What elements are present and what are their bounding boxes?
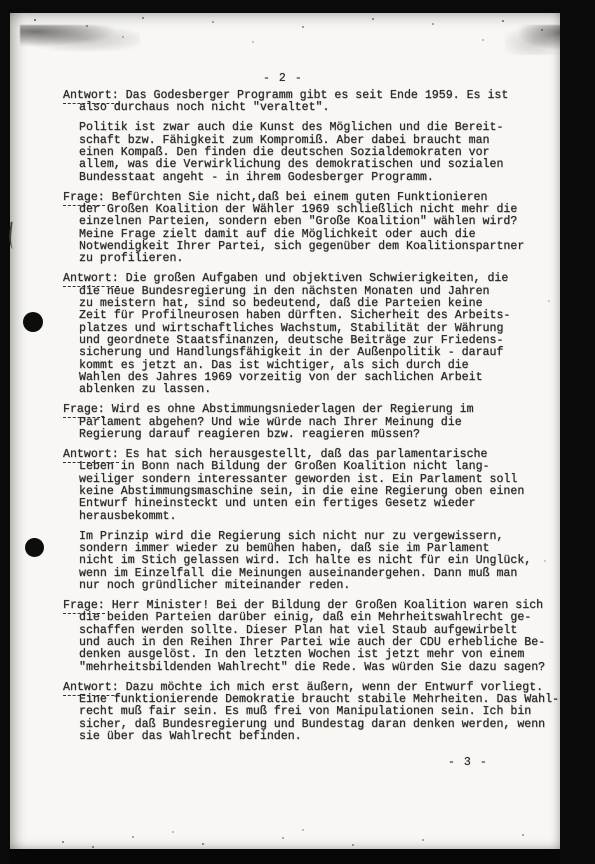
qa-section: Frage:Befürchten Sie nicht,daß bei einem…	[63, 192, 563, 266]
scanned-document-page: - 2 - Antwort:Das Godesberger Programm g…	[0, 0, 595, 864]
scan-border-top	[0, 0, 595, 13]
page-number-bottom: - 3 -	[448, 757, 488, 769]
scan-noise-top-left	[20, 25, 140, 51]
qa-section: Frage:Wird es ohne Abstimmungsniederlage…	[63, 404, 563, 441]
paragraph-text: Dazu möchte ich mich erst äußern, wenn d…	[79, 681, 559, 743]
paragraph-text: Befürchten Sie nicht,daß bei einem guten…	[79, 191, 524, 266]
qa-paragraph: Antwort:Die großen Aufgaben und objektiv…	[63, 273, 563, 396]
scan-border-bottom	[0, 849, 595, 864]
page-number-top: - 2 -	[263, 73, 303, 85]
qa-paragraph: Frage:Wird es ohne Abstimmungsniederlage…	[63, 404, 563, 441]
qa-paragraph-continued: Politik ist zwar auch die Kunst des Mögl…	[63, 122, 563, 184]
qa-section: Antwort:Es hat sich herausgestellt, daß …	[63, 449, 563, 592]
punch-hole	[23, 312, 43, 332]
paragraph-text: Im Prinzip wird die Regierung sich nicht…	[79, 530, 531, 592]
paragraph-text: Herr Minister! Bei der Bildung der Große…	[79, 599, 545, 674]
scan-border-right	[560, 0, 595, 864]
qa-paragraph: Antwort:Das Godesberger Programm gibt es…	[63, 90, 563, 115]
paragraph-text: Wird es ohne Abstimmungsniederlagen der …	[79, 403, 474, 441]
qa-paragraph: Frage:Befürchten Sie nicht,daß bei einem…	[63, 192, 563, 266]
qa-paragraph: Frage:Herr Minister! Bei der Bildung der…	[63, 600, 563, 674]
qa-paragraph: Antwort:Es hat sich herausgestellt, daß …	[63, 449, 563, 523]
qa-paragraph-continued: Im Prinzip wird die Regierung sich nicht…	[63, 531, 563, 593]
paragraph-text: Es hat sich herausgestellt, daß das parl…	[79, 448, 524, 523]
paragraph-text: Die großen Aufgaben und objektiven Schwi…	[79, 272, 510, 396]
document-sections: Antwort:Das Godesberger Programm gibt es…	[63, 90, 563, 751]
paragraph-text: Politik ist zwar auch die Kunst des Mögl…	[79, 121, 503, 183]
punch-hole	[25, 538, 44, 557]
scan-border-left	[0, 0, 10, 864]
qa-paragraph: Antwort:Dazu möchte ich mich erst äußern…	[63, 682, 563, 744]
paragraph-text: Das Godesberger Programm gibt es seit En…	[79, 89, 508, 114]
qa-section: Antwort:Das Godesberger Programm gibt es…	[63, 90, 563, 184]
paper-sheet: - 2 - Antwort:Das Godesberger Programm g…	[10, 13, 560, 849]
qa-section: Antwort:Die großen Aufgaben und objektiv…	[63, 273, 563, 396]
qa-section: Antwort:Dazu möchte ich mich erst äußern…	[63, 682, 563, 744]
qa-section: Frage:Herr Minister! Bei der Bildung der…	[63, 600, 563, 674]
